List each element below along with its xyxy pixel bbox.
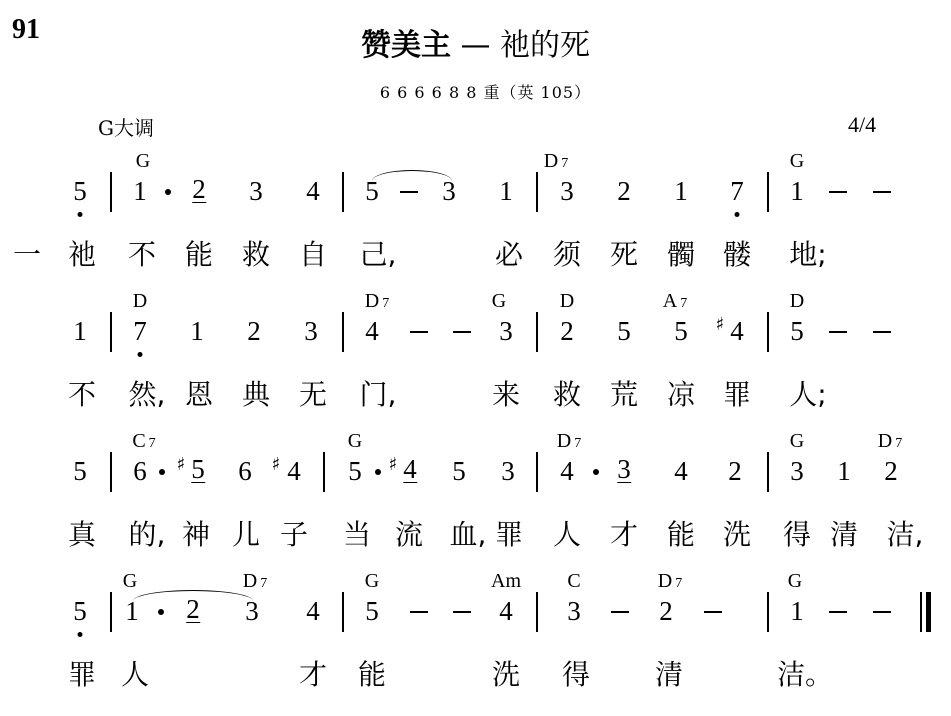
lyric-char: 无: [299, 378, 327, 412]
bar-line: [110, 592, 112, 632]
chord-symbol: D7: [365, 290, 389, 313]
chord-symbol: G: [136, 150, 150, 173]
lyric-char: 洁。: [777, 658, 833, 692]
lyric-char: 凉: [667, 378, 695, 412]
lyric-char: 洁,: [887, 518, 924, 552]
chord-symbol: G: [790, 430, 804, 453]
chord-root: G: [123, 570, 137, 592]
note: 5: [348, 456, 362, 486]
chord-extension: 7: [260, 576, 267, 591]
slur-tie: [133, 590, 253, 601]
sustain-dash: [873, 191, 891, 193]
note: 5: [674, 316, 688, 346]
note: 3: [499, 316, 513, 346]
chord-symbol: G: [790, 150, 804, 173]
lyric-char: 自: [299, 238, 327, 272]
lyric-char: 得: [562, 658, 590, 692]
bar-line: [323, 452, 325, 492]
lyric-char: 血,: [450, 518, 487, 552]
chord-symbol: D7: [878, 430, 902, 453]
note: 2: [192, 176, 206, 203]
lyric-char: 才: [610, 518, 638, 552]
note: 5: [191, 456, 205, 483]
chord-root: D: [557, 430, 571, 452]
note: 1: [837, 456, 851, 486]
lyric-char: 才: [299, 658, 327, 692]
lyric-char: 子: [280, 518, 308, 552]
note: 4: [674, 456, 688, 486]
sharp-icon: ♯: [389, 454, 398, 475]
note: 3: [617, 456, 631, 483]
lyric-char: 不: [68, 378, 96, 412]
sustain-dash: [873, 331, 891, 333]
lyric-char: 须: [553, 238, 581, 272]
note: 4: [499, 596, 513, 626]
bar-line: [342, 592, 344, 632]
note: 7: [133, 316, 147, 346]
lyric-char: 髑: [667, 238, 695, 272]
note: 5: [73, 176, 87, 206]
chord-root: G: [136, 150, 150, 172]
lower-octave-dot: [735, 212, 740, 217]
sustain-dash: [704, 611, 722, 613]
bar-line: [110, 312, 112, 352]
lyric-char: 必: [495, 238, 523, 272]
bar-line: [536, 592, 538, 632]
title-sub: 祂的死: [500, 28, 590, 63]
note: 1: [790, 596, 804, 626]
sustain-dash: [829, 331, 847, 333]
chord-symbol: D7: [557, 430, 581, 453]
augmentation-dot: [375, 469, 381, 475]
chord-root: Am: [491, 570, 521, 592]
chord-root: D: [365, 290, 379, 312]
bar-line: [342, 172, 344, 212]
note: 4: [306, 596, 320, 626]
chord-root: A: [663, 290, 677, 312]
note: 3: [560, 176, 574, 206]
note: 5: [365, 596, 379, 626]
note: 2: [560, 316, 574, 346]
augmentation-dot: [158, 609, 164, 615]
note: 4: [730, 316, 744, 346]
augmentation-dot: [593, 469, 599, 475]
sharp-icon: ♯: [716, 314, 725, 335]
chord-root: C: [132, 430, 145, 452]
lyric-char: 死: [610, 238, 638, 272]
sustain-dash: [829, 191, 847, 193]
bar-line: [342, 312, 344, 352]
lyric-char: 罪: [495, 518, 523, 552]
lyric-char: 人;: [789, 378, 826, 412]
note: 3: [304, 316, 318, 346]
bar-line: [767, 452, 769, 492]
chord-root: G: [348, 430, 362, 452]
bar-line: [536, 452, 538, 492]
chord-extension: 7: [895, 436, 902, 451]
sharp-icon: ♯: [272, 454, 281, 475]
lower-octave-dot: [138, 352, 143, 357]
chord-extension: 7: [680, 296, 687, 311]
note: 1: [674, 176, 688, 206]
note: 6: [238, 456, 252, 486]
note: 5: [73, 456, 87, 486]
note: 6: [133, 456, 147, 486]
lower-octave-dot: [78, 212, 83, 217]
note: 2: [247, 316, 261, 346]
note: 7: [730, 176, 744, 206]
lyric-char: 救: [553, 378, 581, 412]
lyric-char: 己,: [360, 238, 397, 272]
sustain-dash: [453, 331, 471, 333]
sharp-icon: ♯: [177, 454, 186, 475]
bar-line: [536, 312, 538, 352]
bar-line: [767, 312, 769, 352]
note: 5: [73, 596, 87, 626]
note: 4: [365, 316, 379, 346]
note: 4: [560, 456, 574, 486]
sustain-dash: [873, 611, 891, 613]
chord-root: G: [790, 430, 804, 452]
lyric-char: 能: [667, 518, 695, 552]
chord-symbol: G: [788, 570, 802, 593]
chord-symbol: D: [133, 290, 147, 313]
chord-root: G: [492, 290, 506, 312]
lyric-char: 能: [358, 658, 386, 692]
lyric-char: 典: [242, 378, 270, 412]
chord-extension: 7: [149, 436, 156, 451]
sustain-dash: [829, 611, 847, 613]
chord-symbol: C: [567, 570, 580, 593]
chord-root: D: [790, 290, 804, 312]
lyric-char: 清: [830, 518, 858, 552]
bar-line: [110, 452, 112, 492]
note: 1: [790, 176, 804, 206]
chord-root: D: [243, 570, 257, 592]
note: 5: [790, 316, 804, 346]
chord-extension: 7: [574, 436, 581, 451]
chord-root: D: [658, 570, 672, 592]
note: 5: [617, 316, 631, 346]
chord-symbol: A7: [663, 290, 687, 313]
lyric-char: 罪: [68, 658, 96, 692]
chord-extension: 7: [675, 576, 682, 591]
lyric-char: 地;: [789, 238, 826, 272]
chord-extension: 7: [561, 156, 568, 171]
title-main: 赞美主: [361, 28, 451, 63]
bar-line: [767, 592, 769, 632]
note: 3: [567, 596, 581, 626]
note: 3: [790, 456, 804, 486]
lyric-char: 的,: [129, 518, 166, 552]
chord-symbol: G: [348, 430, 362, 453]
final-bar-thick: [926, 592, 931, 632]
chord-root: G: [788, 570, 802, 592]
key-signature: G大调: [98, 112, 154, 141]
lyric-char: 不: [128, 238, 156, 272]
chord-symbol: G: [492, 290, 506, 313]
time-signature: 4/4: [848, 112, 876, 138]
lyric-char: 荒: [610, 378, 638, 412]
note: 4: [287, 456, 301, 486]
chord-symbol: D7: [243, 570, 267, 593]
meter-info: 6 6 6 6 8 8 重（英 105）: [0, 80, 951, 103]
note: 5: [452, 456, 466, 486]
lyric-char: 真: [68, 518, 96, 552]
note: 1: [73, 316, 87, 346]
lyric-char: 神: [182, 518, 210, 552]
chord-root: C: [567, 570, 580, 592]
chord-symbol: C7: [132, 430, 155, 453]
sustain-dash: [400, 191, 418, 193]
augmentation-dot: [159, 469, 165, 475]
note: 2: [728, 456, 742, 486]
note: 1: [133, 176, 147, 206]
bar-line: [110, 172, 112, 212]
sustain-dash: [410, 611, 428, 613]
chord-extension: 7: [382, 296, 389, 311]
hymn-title: 赞美主 — 祂的死: [0, 20, 951, 64]
note: 4: [306, 176, 320, 206]
lyric-char: 一: [13, 238, 41, 272]
sustain-dash: [453, 611, 471, 613]
lyric-char: 当: [343, 518, 371, 552]
chord-symbol: D: [790, 290, 804, 313]
lyric-char: 洗: [492, 658, 520, 692]
sustain-dash: [410, 331, 428, 333]
chord-symbol: D7: [544, 150, 568, 173]
lyric-char: 人: [553, 518, 581, 552]
chord-root: G: [365, 570, 379, 592]
note: 1: [499, 176, 513, 206]
chord-root: D: [878, 430, 892, 452]
lyric-char: 儿: [232, 518, 260, 552]
bar-line: [536, 172, 538, 212]
chord-symbol: D7: [658, 570, 682, 593]
chord-root: D: [133, 290, 147, 312]
lyric-char: 得: [783, 518, 811, 552]
chord-symbol: Am: [491, 570, 521, 593]
lyric-char: 祂: [68, 238, 96, 272]
lyric-char: 清: [655, 658, 683, 692]
chord-root: D: [560, 290, 574, 312]
note: 2: [617, 176, 631, 206]
chord-symbol: G: [123, 570, 137, 593]
lyric-char: 髅: [723, 238, 751, 272]
lyric-char: 流: [395, 518, 423, 552]
note: 3: [249, 176, 263, 206]
title-separator: —: [451, 28, 500, 63]
chord-root: D: [544, 150, 558, 172]
lyric-char: 洗: [723, 518, 751, 552]
lyric-char: 罪: [723, 378, 751, 412]
chord-symbol: D: [560, 290, 574, 313]
slur-tie: [372, 170, 452, 181]
note: 2: [659, 596, 673, 626]
sustain-dash: [611, 611, 629, 613]
lyric-char: 门,: [360, 378, 397, 412]
bar-line: [767, 172, 769, 212]
note: 1: [190, 316, 204, 346]
lyric-char: 救: [242, 238, 270, 272]
note: 2: [884, 456, 898, 486]
augmentation-dot: [165, 189, 171, 195]
lyric-char: 然,: [129, 378, 166, 412]
final-bar-thin: [920, 592, 922, 632]
note: 4: [403, 456, 417, 483]
lyric-char: 人: [121, 658, 149, 692]
lyric-char: 能: [185, 238, 213, 272]
chord-root: G: [790, 150, 804, 172]
lyric-char: 来: [492, 378, 520, 412]
chord-symbol: G: [365, 570, 379, 593]
lower-octave-dot: [78, 632, 83, 637]
lyric-char: 恩: [185, 378, 213, 412]
note: 3: [501, 456, 515, 486]
